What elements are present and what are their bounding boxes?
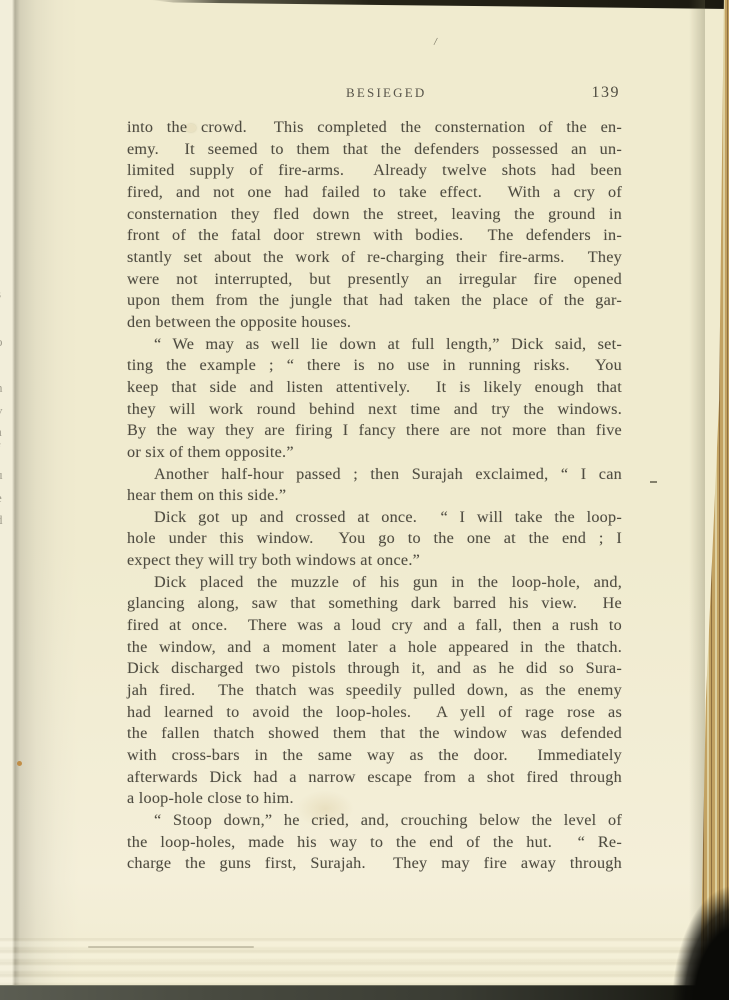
text-line: a loop-hole close to him. bbox=[127, 788, 622, 810]
text-line: afterwards Dick had a narrow escape from… bbox=[127, 767, 622, 789]
text-line: “ Stoop down,” he cried, and, crouching … bbox=[127, 810, 622, 832]
book-cover-bottom-edge bbox=[0, 985, 729, 1000]
text-line: had learned to avoid the loop-holes. A y… bbox=[127, 702, 622, 724]
facing-page-text-fragments: -sotnvafuedt bbox=[0, 0, 10, 1000]
edge-text-fragment: a bbox=[0, 425, 8, 438]
text-line: hear them on this side.” bbox=[127, 485, 622, 507]
text-line: Dick discharged two pistols through it, … bbox=[127, 658, 622, 680]
text-line: Dick placed the muzzle of his gun in the… bbox=[127, 572, 622, 594]
text-line: Another half-hour passed ; then Surajah … bbox=[127, 464, 622, 486]
text-line: or six of them opposite.” bbox=[127, 442, 622, 464]
text-line: the window, and a moment later a hole ap… bbox=[127, 637, 622, 659]
book-cover-top-edge bbox=[150, 0, 729, 9]
text-line: front of the fatal door strewn with bodi… bbox=[127, 225, 622, 247]
running-title: BESIEGED bbox=[346, 85, 426, 101]
text-line: jah fired. The thatch was speedily pulle… bbox=[127, 680, 622, 702]
edge-text-fragment: o bbox=[0, 335, 8, 348]
paragraph: into the crowd. This completed the const… bbox=[127, 117, 622, 334]
stray-mark bbox=[650, 481, 657, 483]
edge-text-fragment: t bbox=[0, 358, 8, 371]
book-page-scan: -sotnvafuedt / BESIEGED 139 into the cro… bbox=[0, 0, 729, 1000]
background-corner-shadow bbox=[671, 884, 729, 1000]
text-line: charge the guns first, Surajah. They may… bbox=[127, 853, 622, 875]
text-line: they will work round behind next time an… bbox=[127, 399, 622, 421]
text-line: expect they will try both windows at onc… bbox=[127, 550, 622, 572]
edge-text-fragment: s bbox=[0, 287, 8, 300]
text-line: By the way they are firing I fancy there… bbox=[127, 420, 622, 442]
page-text: into the crowd. This completed the const… bbox=[127, 117, 622, 875]
paragraph: “ We may as well lie down at full length… bbox=[127, 334, 622, 464]
paragraph: “ Stoop down,” he cried, and, crouching … bbox=[127, 810, 622, 875]
text-line: “ We may as well lie down at full length… bbox=[127, 334, 622, 356]
text-line: Dick got up and crossed at once. “ I wil… bbox=[127, 507, 622, 529]
page-crease-line bbox=[88, 946, 254, 948]
text-line: emy. It seemed to them that the defender… bbox=[127, 139, 622, 161]
edge-text-fragment: u bbox=[0, 468, 8, 481]
text-line: fired, and not one had failed to take ef… bbox=[127, 182, 622, 204]
edge-text-fragment: f bbox=[0, 441, 8, 454]
text-line: upon them from the jungle that had taken… bbox=[127, 290, 622, 312]
running-header: BESIEGED 139 bbox=[127, 84, 622, 104]
text-line: were not interrupted, but presently an i… bbox=[127, 269, 622, 291]
text-line: glancing along, saw that something dark … bbox=[127, 593, 622, 615]
page-right-shade bbox=[689, 0, 705, 1000]
text-line: the loop-holes, made his way to the end … bbox=[127, 832, 622, 854]
book-gutter-shadow bbox=[0, 0, 78, 1000]
text-line: ting the example ; “ there is no use in … bbox=[127, 355, 622, 377]
edge-text-fragment: t bbox=[0, 537, 8, 550]
text-line: with cross-bars in the same way as the d… bbox=[127, 745, 622, 767]
edge-text-fragment: e bbox=[0, 491, 8, 504]
text-line: the fallen thatch showed them that the w… bbox=[127, 723, 622, 745]
text-line: den between the opposite houses. bbox=[127, 312, 622, 334]
paragraph: Another half-hour passed ; then Surajah … bbox=[127, 464, 622, 507]
rust-spot bbox=[17, 761, 22, 766]
text-line: stantly set about the work of re-chargin… bbox=[127, 247, 622, 269]
text-line: hole under this window. You go to the on… bbox=[127, 528, 622, 550]
ink-speck: / bbox=[433, 36, 438, 48]
text-line: fired at once. There was a loud cry and … bbox=[127, 615, 622, 637]
edge-text-fragment: - bbox=[0, 237, 8, 250]
paragraph: Dick placed the muzzle of his gun in the… bbox=[127, 572, 622, 810]
edge-text-fragment: v bbox=[0, 404, 8, 417]
text-line: consternation they fled down the street,… bbox=[127, 204, 622, 226]
text-line: limited supply of fire-arms. Already twe… bbox=[127, 160, 622, 182]
paragraph: Dick got up and crossed at once. “ I wil… bbox=[127, 507, 622, 572]
edge-text-fragment: d bbox=[0, 513, 8, 526]
text-line: keep that side and listen attentively. I… bbox=[127, 377, 622, 399]
edge-text-fragment: n bbox=[0, 381, 8, 394]
page-number: 139 bbox=[572, 84, 620, 102]
text-line: into the crowd. This completed the const… bbox=[127, 117, 622, 139]
